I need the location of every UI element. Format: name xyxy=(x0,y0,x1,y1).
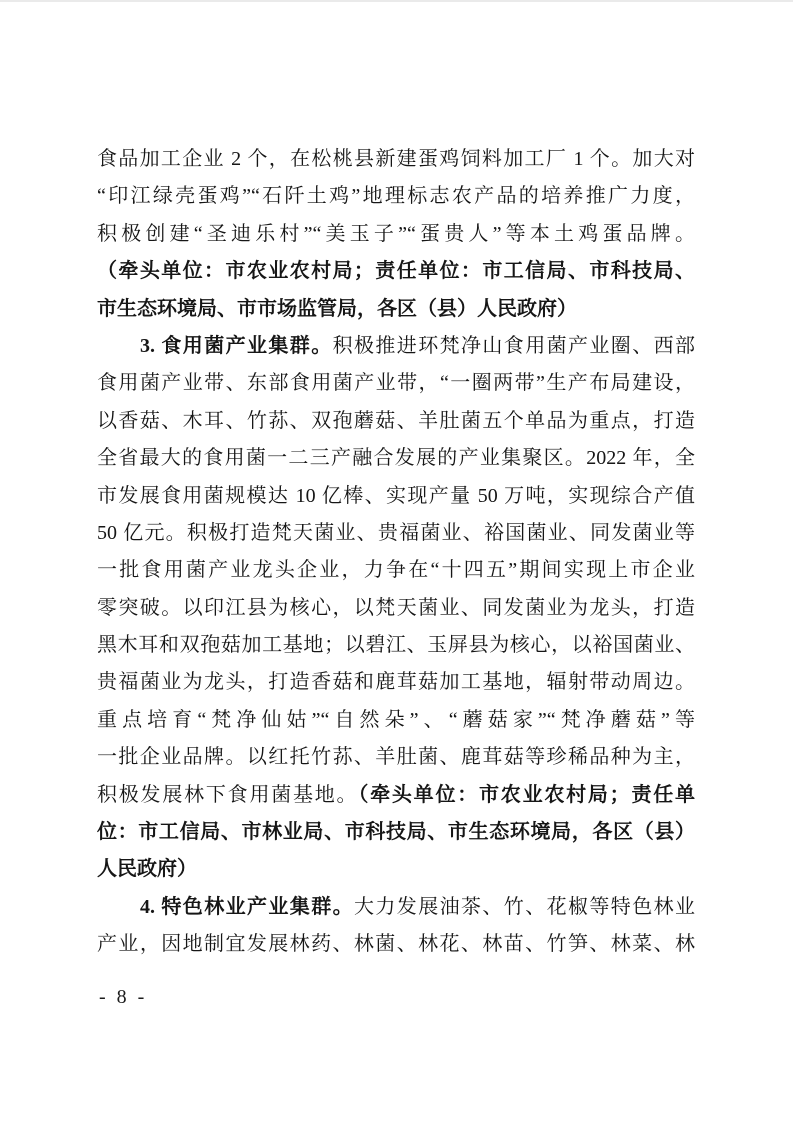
body-text-run: 市发展食用菌规模达 10 亿棒、实现产量 50 万吨，实现综合产值 xyxy=(97,485,695,507)
body-text-run: 以香菇、木耳、竹荪、双孢蘑菇、羊肚菌五个单品为重点，打造 xyxy=(97,410,695,432)
responsibility-units-run: 位：市工信局、市林业局、市科技局、市生态环境局，各区（县） xyxy=(97,821,695,843)
text-line: （牵头单位：市农业农村局；责任单位：市工信局、市科技局、 xyxy=(97,253,695,290)
responsibility-units-run: 人民政府） xyxy=(97,858,197,880)
text-block: 食品加工企业 2 个，在松桃县新建蛋鸡饲料加工厂 1 个。加大对“印江绿壳蛋鸡”… xyxy=(97,141,695,964)
responsibility-units-run: 市生态环境局、市市场监管局，各区（县）人民政府） xyxy=(97,298,577,320)
text-line: 贵福菌业为龙头，打造香菇和鹿茸菇加工基地，辐射带动周边。 xyxy=(97,664,695,701)
section-heading-run: 4. 特色林业产业集群。 xyxy=(140,896,354,918)
page-top-edge xyxy=(0,0,793,2)
text-line: 以香菇、木耳、竹荪、双孢蘑菇、羊肚菌五个单品为重点，打造 xyxy=(97,403,695,440)
body-text-run: 积极创建“圣迪乐村”“美玉子”“蛋贵人”等本土鸡蛋品牌。 xyxy=(97,223,695,245)
body-text-run: 食用菌产业带、东部食用菌产业带，“一圈两带”生产布局建设， xyxy=(97,372,695,394)
text-line: 一批食用菌产业龙头企业，力争在“十四五”期间实现上市企业 xyxy=(97,552,695,589)
document-page: 食品加工企业 2 个，在松桃县新建蛋鸡饲料加工厂 1 个。加大对“印江绿壳蛋鸡”… xyxy=(0,0,793,1122)
text-line: 市发展食用菌规模达 10 亿棒、实现产量 50 万吨，实现综合产值 xyxy=(97,478,695,515)
responsibility-units-run: （牵头单位：市农业农村局；责任单 xyxy=(358,784,695,806)
body-text-run: 50 亿元。积极打造梵天菌业、贵福菌业、裕国菌业、同发菌业等 xyxy=(97,522,695,544)
text-line: 食品加工企业 2 个，在松桃县新建蛋鸡饲料加工厂 1 个。加大对 xyxy=(97,141,695,178)
body-text-run: 贵福菌业为龙头，打造香菇和鹿茸菇加工基地，辐射带动周边。 xyxy=(97,671,695,693)
page-number: - 8 - xyxy=(99,986,147,1009)
body-text-run: 食品加工企业 2 个，在松桃县新建蛋鸡饲料加工厂 1 个。加大对 xyxy=(97,148,695,170)
body-text-run: 一批企业品牌。以红托竹荪、羊肚菌、鹿茸菇等珍稀品种为主， xyxy=(97,746,695,768)
body-text-run: 零突破。以印江县为核心，以梵天菌业、同发菌业为龙头，打造 xyxy=(97,597,695,619)
body-text-run: 大力发展油茶、竹、花椒等特色林业 xyxy=(354,896,695,918)
text-line: 零突破。以印江县为核心，以梵天菌业、同发菌业为龙头，打造 xyxy=(97,590,695,627)
text-line: 50 亿元。积极打造梵天菌业、贵福菌业、裕国菌业、同发菌业等 xyxy=(97,515,695,552)
text-line: “印江绿壳蛋鸡”“石阡土鸡”地理标志农产品的培养推广力度， xyxy=(97,178,695,215)
body-text-run: 黑木耳和双孢菇加工基地；以碧江、玉屏县为核心，以裕国菌业、 xyxy=(97,634,695,656)
text-line: 产业，因地制宜发展林药、林菌、林花、林苗、竹笋、林菜、林 xyxy=(97,926,695,963)
body-text-run: 产业，因地制宜发展林药、林菌、林花、林苗、竹笋、林菜、林 xyxy=(97,933,695,955)
text-line: 一批企业品牌。以红托竹荪、羊肚菌、鹿茸菇等珍稀品种为主， xyxy=(97,739,695,776)
text-line: 积极创建“圣迪乐村”“美玉子”“蛋贵人”等本土鸡蛋品牌。 xyxy=(97,216,695,253)
text-line: 全省最大的食用菌一二三产融合发展的产业集聚区。2022 年，全 xyxy=(97,440,695,477)
body-text-run: 重点培育“梵净仙姑”“自然朵”、“蘑菇家”“梵净蘑菇”等 xyxy=(97,709,695,731)
body-text-run: “印江绿壳蛋鸡”“石阡土鸡”地理标志农产品的培养推广力度， xyxy=(97,185,695,207)
body-text-run: 积极发展林下食用菌基地。 xyxy=(97,784,358,806)
text-line: 重点培育“梵净仙姑”“自然朵”、“蘑菇家”“梵净蘑菇”等 xyxy=(97,702,695,739)
text-line: 食用菌产业带、东部食用菌产业带，“一圈两带”生产布局建设， xyxy=(97,365,695,402)
section-heading-run: 3. 食用菌产业集群。 xyxy=(140,335,333,357)
text-line: 积极发展林下食用菌基地。（牵头单位：市农业农村局；责任单 xyxy=(97,777,695,814)
text-line: 位：市工信局、市林业局、市科技局、市生态环境局，各区（县） xyxy=(97,814,695,851)
text-line: 4. 特色林业产业集群。大力发展油茶、竹、花椒等特色林业 xyxy=(97,889,695,926)
body-text-run: 全省最大的食用菌一二三产融合发展的产业集聚区。2022 年，全 xyxy=(97,447,695,469)
body-text-run: 一批食用菌产业龙头企业，力争在“十四五”期间实现上市企业 xyxy=(97,559,695,581)
text-line: 3. 食用菌产业集群。积极推进环梵净山食用菌产业圈、西部 xyxy=(97,328,695,365)
body-text-run: 积极推进环梵净山食用菌产业圈、西部 xyxy=(333,335,695,357)
text-line: 黑木耳和双孢菇加工基地；以碧江、玉屏县为核心，以裕国菌业、 xyxy=(97,627,695,664)
responsibility-units-run: （牵头单位：市农业农村局；责任单位：市工信局、市科技局、 xyxy=(97,260,695,282)
text-line: 人民政府） xyxy=(97,851,695,888)
text-line: 市生态环境局、市市场监管局，各区（县）人民政府） xyxy=(97,291,695,328)
